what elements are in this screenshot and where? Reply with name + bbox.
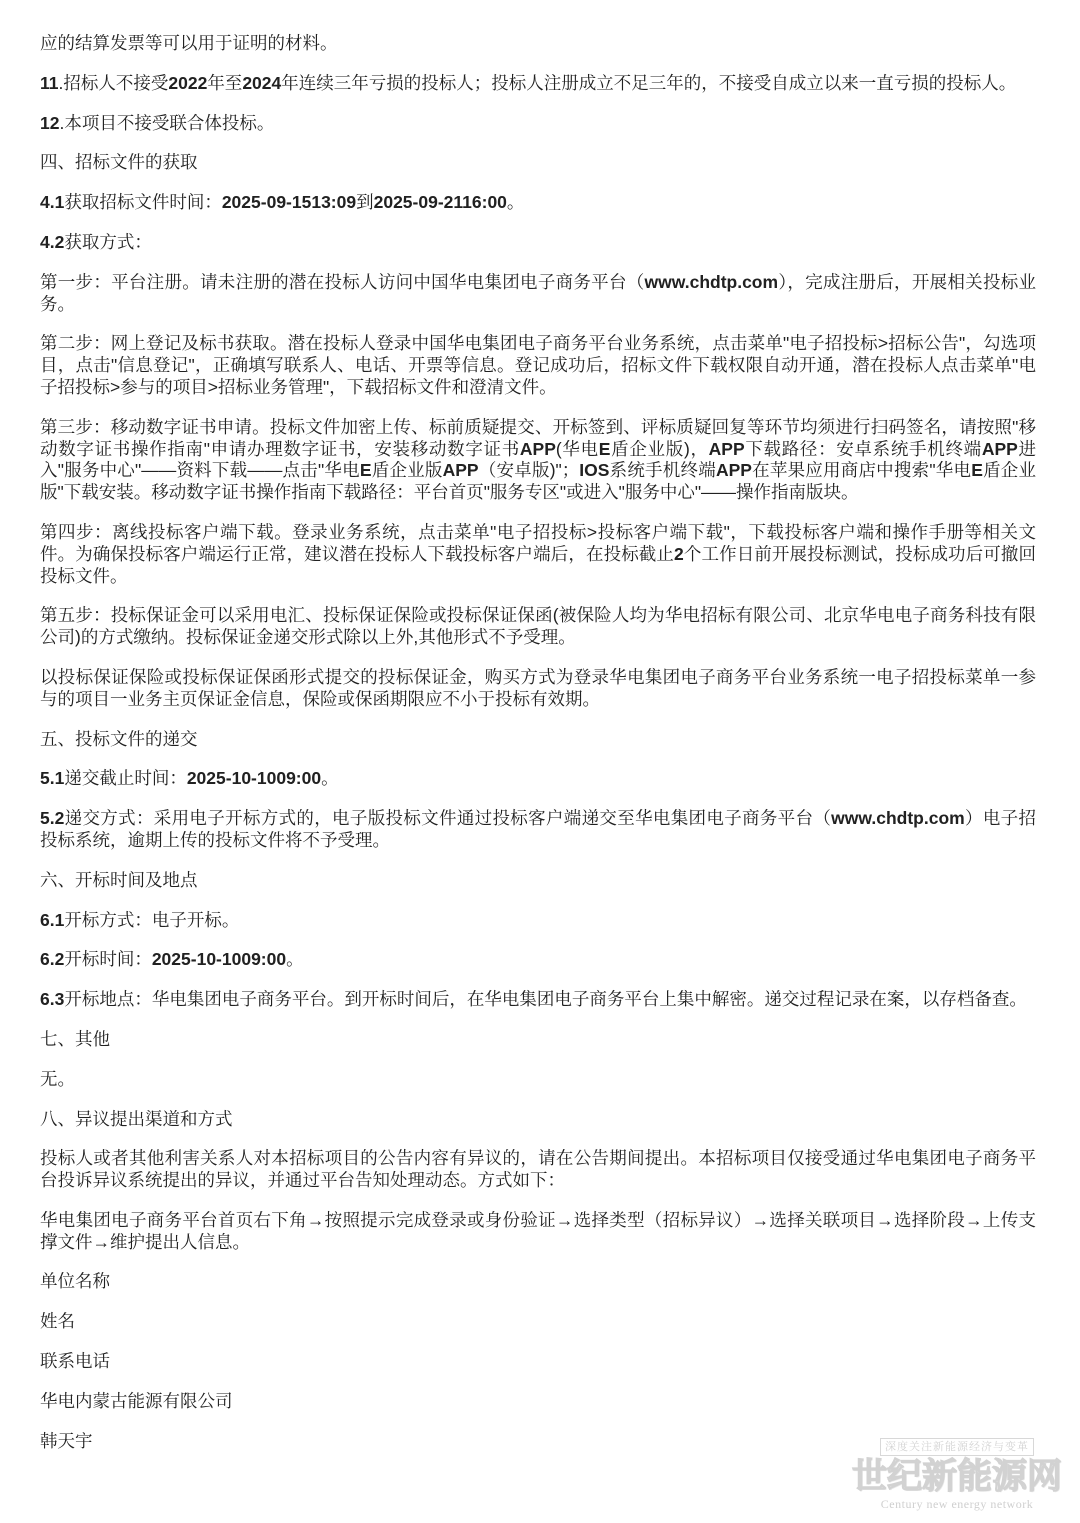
latin-text: www.chdtp.com [645,272,779,292]
paragraph: 四、招标文件的获取 [40,152,1036,174]
latin-text: 2024 [242,73,281,93]
paragraph: 八、异议提出渠道和方式 [40,1109,1036,1131]
latin-text: APP [520,439,556,459]
paragraph: 六、开标时间及地点 [40,870,1036,892]
latin-text: 2025-09-2116:00 [374,192,507,212]
paragraph: 华电集团电子商务平台首页右下角→按照提示完成登录或身份验证→选择类型（招标异议）… [40,1210,1036,1254]
paragraph: 华电内蒙古能源有限公司 [40,1391,1036,1413]
latin-text: 5.1 [40,768,64,788]
latin-text: APP [982,439,1018,459]
watermark-subtitle: Century new energy network [843,1497,1071,1511]
paragraph: 6.1开标方式：电子开标。 [40,910,1036,932]
latin-text: APP [709,439,745,459]
paragraph: 4.1获取招标文件时间：2025-09-1513:09到2025-09-2116… [40,192,1036,214]
latin-text: 5.2 [40,808,64,828]
latin-text: E [360,460,372,480]
document-page: 应的结算发票等可以用于证明的材料。11.招标人不接受2022年至2024年连续三… [0,0,1080,1523]
paragraph: 第四步：离线投标客户端下载。登录业务系统，点击菜单"电子招投标>投标客户端下载"… [40,522,1036,587]
paragraph: 4.2获取方式： [40,232,1036,254]
paragraph: 第三步：移动数字证书申请。投标文件加密上传、标前质疑提交、开标签到、评标质疑回复… [40,417,1036,504]
latin-text: 2 [674,544,684,564]
latin-text: IOS [579,460,609,480]
latin-text: 2022 [168,73,207,93]
latin-text: 4.2 [40,232,64,252]
paragraph: 七、其他 [40,1029,1036,1051]
latin-text: www.chdtp.com [831,808,965,828]
latin-text: 12 [40,113,59,133]
paragraph: 第五步：投标保证金可以采用电汇、投标保证保险或投标保证保函(被保险人均为华电招标… [40,605,1036,649]
latin-text: 2025-10-1009:00 [152,949,286,969]
paragraph: 应的结算发票等可以用于证明的材料。 [40,33,1036,55]
watermark-title: 世纪新能源网 [843,1458,1071,1496]
paragraph: 6.3开标地点：华电集团电子商务平台。到开标时间后，在华电集团电子商务平台上集中… [40,989,1036,1011]
paragraph: 第二步：网上登记及标书获取。潜在投标人登录中国华电集团电子商务平台业务系统，点击… [40,333,1036,398]
paragraph: 5.1递交截止时间：2025-10-1009:00。 [40,768,1036,790]
latin-text: 6.2 [40,949,64,969]
paragraph: 无。 [40,1069,1036,1091]
latin-text: 11 [40,73,59,93]
paragraph: 6.2开标时间：2025-10-1009:00。 [40,949,1036,971]
latin-text: E [971,460,983,480]
latin-text: 4.1 [40,192,64,212]
paragraph: 11.招标人不接受2022年至2024年连续三年亏损的投标人；投标人注册成立不足… [40,73,1036,95]
latin-text: APP [443,460,479,480]
paragraph: 投标人或者其他利害关系人对本招标项目的公告内容有异议的，请在公告期间提出。本招标… [40,1148,1036,1192]
document-body: 应的结算发票等可以用于证明的材料。11.招标人不接受2022年至2024年连续三… [0,0,1080,1452]
paragraph: 12.本项目不接受联合体投标。 [40,113,1036,135]
latin-text: 2025-10-1009:00 [187,768,321,788]
latin-text: 6.3 [40,989,64,1009]
paragraph: 第一步：平台注册。请未注册的潜在投标人访问中国华电集团电子商务平台（www.ch… [40,272,1036,316]
latin-text: APP [716,460,752,480]
paragraph: 联系电话 [40,1351,1036,1373]
latin-text: 2025-09-1513:09 [222,192,356,212]
paragraph: 5.2递交方式：采用电子开标方式的，电子版投标文件通过投标客户端递交至华电集团电… [40,808,1036,852]
paragraph: 五、投标文件的递交 [40,729,1036,751]
paragraph: 韩天宇 [40,1431,1036,1453]
latin-text: 6.1 [40,910,64,930]
latin-text: E [599,439,611,459]
paragraph: 单位名称 [40,1271,1036,1293]
paragraph: 姓名 [40,1311,1036,1333]
paragraph: 以投标保证保险或投标保证保函形式提交的投标保证金，购买方式为登录华电集团电子商务… [40,667,1036,711]
